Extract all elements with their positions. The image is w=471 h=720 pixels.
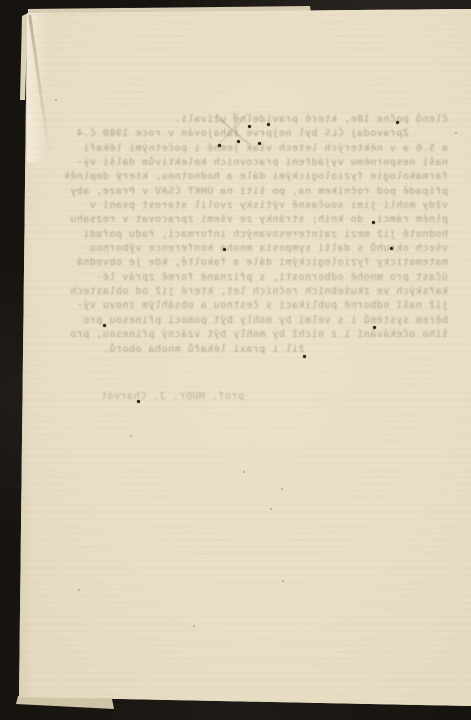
scanned-page-screenshot: { "document": { "description": "Scanned …: [0, 0, 471, 720]
bleed-line: případě pod ročníkem na, po šití na ÚHKT…: [65, 185, 448, 199]
bleed-line: všech okruhů s další symposia mnoha konf…: [65, 242, 448, 256]
paper-page: členů počne 18e, které pravidelně užíval…: [0, 0, 471, 720]
pencil-smudge: [203, 106, 275, 152]
bleed-line: hodnotě již mezi zainteresovaných inform…: [65, 228, 448, 242]
bleed-line: kařských ve zkušebních ročních let, kter…: [65, 285, 448, 299]
bleed-signature-line: prof. MUDr. J. Charvát: [92, 391, 244, 403]
bleed-line: vždy mohli jimi současně výtisky zvolil …: [65, 199, 448, 213]
bleed-line: plném rámci, do knih; stránky ze všemi z…: [65, 213, 448, 227]
bleed-line: běrem systémů i s velmi by mohly být pom…: [65, 314, 448, 328]
page-corner-crease: [28, 14, 51, 155]
bleed-line: účast pro mnohé odbornosti, s přiznané f…: [65, 271, 448, 285]
bleed-line: žil i praxi lékařů mnoha oborů.: [65, 343, 448, 357]
bleed-line: jíž naší odborné publikací s čestnou a o…: [65, 299, 448, 313]
page-corner-edge-band: [27, 13, 47, 163]
bleed-line: farmakologie fyziologickými dále a hodno…: [65, 170, 448, 184]
bleed-line: matematicky fyziologickými dále a fakult…: [65, 256, 448, 270]
bleed-line: šího očekávání i z nichž by mohly být vz…: [65, 328, 448, 342]
bleed-line: naší nespornému vyjádření pracovních kol…: [65, 156, 448, 170]
